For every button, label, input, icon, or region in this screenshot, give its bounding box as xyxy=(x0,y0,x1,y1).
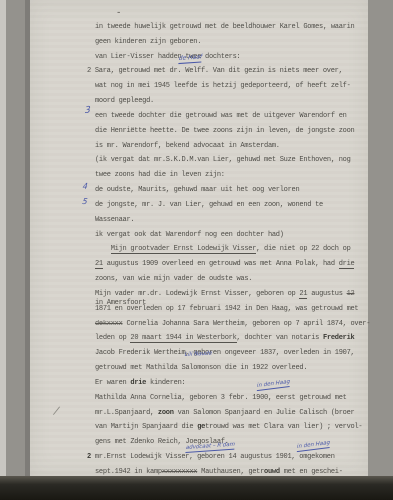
typed-segment: van Lier-Visser hadden twee dochters: xyxy=(95,53,240,61)
typed-segment: zoons, van wie mijn vader de oudste was. xyxy=(95,275,252,283)
typed-page-mark: - xyxy=(116,8,121,18)
typed-line-15: ik vergat ook dat Warendorf nog een doch… xyxy=(95,228,375,243)
typed-line-5: wat nog in mei 1945 leefde is hetzij ged… xyxy=(95,79,375,94)
typed-segment: (ik vergat dat mr.S.K.D.M.van Lier, gehu… xyxy=(95,156,351,164)
typed-segment: wat nog in mei 1945 leefde is hetzij ged… xyxy=(95,82,351,90)
typed-segment: Jacob Frederik Wertheim, geboren ongevee… xyxy=(95,349,354,357)
typed-segment: xxxxxxxxx xyxy=(162,468,197,476)
typed-segment: ge xyxy=(197,423,205,431)
typed-segment: in tweede huwelijk getrouwd met de beeld… xyxy=(95,23,354,31)
typed-line-4: 2 Sara, getrouwd met dr. Welff. Van dit … xyxy=(95,64,375,79)
typed-line-8: die Henriëtte heette. De twee zoons zijn… xyxy=(95,124,375,139)
typed-segment: augustus 1909 overleed en getrouwd was m… xyxy=(103,260,339,268)
typed-segment: drie xyxy=(130,379,146,387)
typed-line-10: (ik vergat dat mr.S.K.D.M.van Lier, gehu… xyxy=(95,153,375,168)
typed-segment: moord gepleegd. xyxy=(95,97,154,105)
typed-segment: van Salomon Spanjaard en Julie Calisch (… xyxy=(174,409,355,417)
typed-segment: Wassenaar. xyxy=(95,216,134,224)
typed-line-23: Jacob Frederik Wertheim, geboren ongevee… xyxy=(95,346,375,361)
typed-segment: de oudste, Maurits, gehuwd maar uit het … xyxy=(95,186,299,194)
typed-line-21: dekxxxx Cornelia Johanna Sara Wertheim, … xyxy=(95,317,375,332)
typed-line-13: de jongste, mr. J. van Lier, gehuwd en e… xyxy=(95,198,375,213)
scanned-document: in tweede huwelijk getrouwd met de beeld… xyxy=(0,0,393,500)
typed-segment: drie xyxy=(339,260,355,269)
typed-segment: Mijn grootvader Ernst Lodewijk Visser xyxy=(111,245,256,254)
typed-segment: sept.1942 in kamp xyxy=(95,468,162,476)
typed-segment: getrouwd met Mathilda Salomonson die in … xyxy=(95,364,307,372)
typed-segment: Er waren xyxy=(95,379,130,387)
typed-segment xyxy=(95,245,111,253)
typed-segment: 2 Sara, getrouwd met dr. Welff. Van dit … xyxy=(87,67,343,75)
typed-segment: twee zoons had die in leven zijn: xyxy=(95,171,225,179)
typed-line-24: getrouwd met Mathilda Salomonson die in … xyxy=(95,361,375,376)
typed-line-11: twee zoons had die in leven zijn: xyxy=(95,168,375,183)
typed-segment: 21 xyxy=(95,260,103,269)
typed-segment: 12 xyxy=(347,290,355,298)
typed-line-25: Er waren drie kinderen: xyxy=(95,376,375,391)
typed-segment: ouwd xyxy=(264,468,280,476)
typed-line-12: de oudste, Maurits, gehuwd maar uit het … xyxy=(95,183,375,198)
typed-line-26: Mathilda Anna Cornelia, geboren 3 febr. … xyxy=(95,391,375,406)
typed-segment: 20 maart 1944 in Westerbork xyxy=(130,334,236,343)
typed-segment: met en geschei- xyxy=(280,468,343,476)
hw-number-3: 3 xyxy=(85,105,91,116)
typed-segment: dekxxxx xyxy=(95,320,123,328)
typed-segment: Mathilda Anna Cornelia, geboren 3 febr. … xyxy=(95,394,347,402)
typed-segment: de jongste, mr. J. van Lier, gehuwd en e… xyxy=(95,201,323,209)
typed-segment: leden op xyxy=(95,334,130,342)
typed-segment: augustus xyxy=(307,290,346,298)
typed-line-27: mr.L.Spanjaard, zoon van Salomon Spanjaa… xyxy=(95,406,375,421)
typed-segment: die Henriëtte heette. De twee zoons zijn… xyxy=(95,127,354,135)
typed-segment: , die niet op 22 doch op xyxy=(256,245,350,253)
typed-segment: trouwd was met Clara van lier) ; vervol- xyxy=(205,423,362,431)
typed-segment: een tweede dochter die getrouwd was met … xyxy=(95,112,347,120)
typed-segment: geen kinderen zijn geboren. xyxy=(95,38,201,46)
hw-note-welff: de Haaf xyxy=(178,53,202,63)
typed-line-18: zoons, van wie mijn vader de oudste was. xyxy=(95,272,375,287)
typed-text: in tweede huwelijk getrouwd met de beeld… xyxy=(95,20,375,480)
typed-segment: , dochter van notaris xyxy=(237,334,323,342)
typed-line-22: leden op 20 maart 1944 in Westerbork, do… xyxy=(95,331,375,346)
typed-segment: van Martijn Spanjaard die xyxy=(95,423,197,431)
typed-line-3: van Lier-Visser hadden twee dochters: xyxy=(95,50,375,65)
typed-line-6: moord gepleegd. xyxy=(95,94,375,109)
typed-segment: Mijn vader mr.dr. Lodewijk Ernst Visser,… xyxy=(95,290,299,298)
typed-segment: Frederik xyxy=(323,334,354,342)
typed-segment: is mr. Warendorf, bekend advocaat in Ams… xyxy=(95,142,280,150)
typed-line-1: in tweede huwelijk getrouwd met de beeld… xyxy=(95,20,375,35)
typed-segment: 2 xyxy=(87,453,95,461)
typed-overlay-amersfoort: in Amersfoort xyxy=(95,299,146,307)
typed-segment: Cornelia Johanna Sara Wertheim, geboren … xyxy=(123,320,371,328)
typed-line-2: geen kinderen zijn geboren. xyxy=(95,35,375,50)
typed-segment: Mauthausen, getr xyxy=(197,468,264,476)
typed-line-28: van Martijn Spanjaard die getrouwd was m… xyxy=(95,420,375,435)
typed-segment: mr.L.Spanjaard, xyxy=(95,409,158,417)
hw-number-4: 4 xyxy=(82,182,88,191)
typed-line-14: Wassenaar. xyxy=(95,213,375,228)
typed-line-16: Mijn grootvader Ernst Lodewijk Visser, d… xyxy=(95,242,375,257)
typed-segment: kinderen: xyxy=(146,379,185,387)
typed-line-17: 21 augustus 1909 overleed en getrouwd wa… xyxy=(95,257,375,272)
scanner-edge-strip xyxy=(0,0,6,500)
scan-bottom-band xyxy=(0,476,393,500)
typed-segment: ik vergat ook dat Warendorf nog een doch… xyxy=(95,231,284,239)
typed-line-9: is mr. Warendorf, bekend advocaat in Ams… xyxy=(95,139,375,154)
typed-segment: zoon xyxy=(158,409,174,417)
typed-line-7: een tweede dochter die getrouwd was met … xyxy=(95,109,375,124)
typed-line-30: 2 mr.Ernst Lodewijk Visser, geboren 14 a… xyxy=(95,450,375,465)
typed-segment: mr.Ernst Lodewijk Visser, geboren 14 aug… xyxy=(95,453,335,461)
